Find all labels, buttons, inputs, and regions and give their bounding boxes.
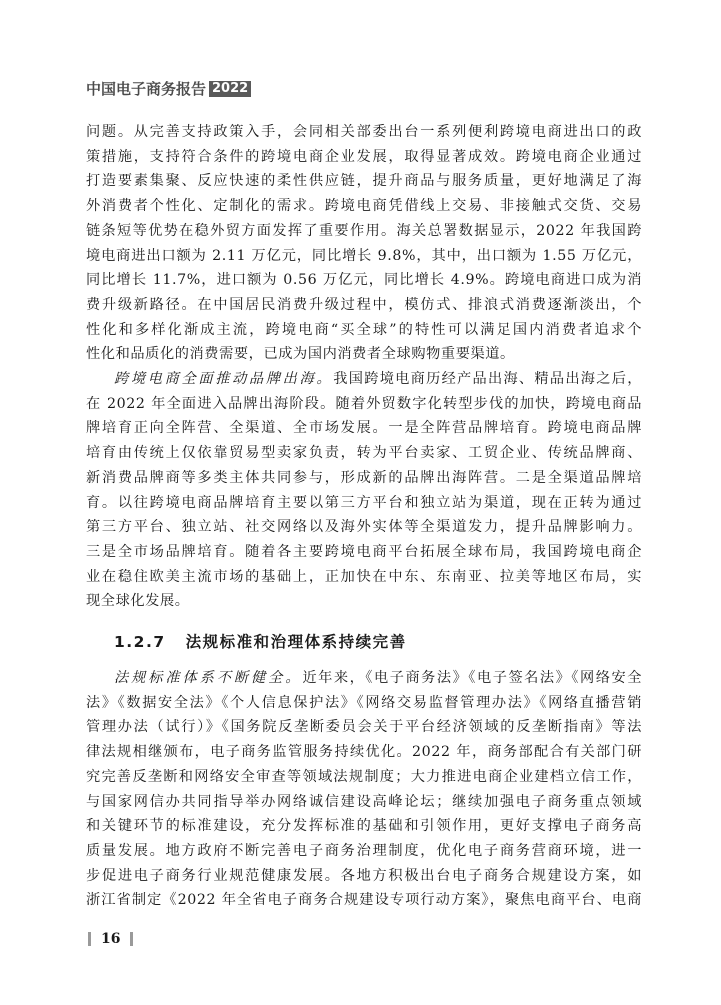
text-line: 问题。从完善支持政策入手，会同相关部委出台一系列便利跨境电商进出口的政 (86, 120, 642, 145)
text-line-first: 跨境电商全面推动品牌出海。我国跨境电商历经产品出海、精品出海之后， (86, 367, 642, 392)
text-line: 现全球化发展。 (86, 589, 642, 614)
text-line: 链条短等优势在稳外贸方面发挥了重要作用。海关总署数据显示，2022 年我国跨 (86, 219, 642, 244)
paragraph-lead: 跨境电商全面推动品牌出海。 (114, 371, 333, 387)
text-fragment: 我国跨境电商历经产品出海、精品出海之后， (333, 371, 642, 387)
paragraph-lead: 法规标准体系不断健全。 (114, 670, 302, 686)
text-line: 业在稳住欧美主流市场的基础上，正加快在中东、东南亚、拉美等地区布局，实 (86, 565, 642, 590)
running-header: 中国电子商务报告 2022 (86, 78, 251, 99)
page-body: 问题。从完善支持政策入手，会同相关部委出台一系列便利跨境电商进出口的政 策措施，… (86, 120, 642, 913)
report-year-badge: 2022 (209, 81, 251, 97)
text-line: 究完善反垄断和网络安全审查等领域法规制度；大力推进电商企业建档立信工作， (86, 765, 642, 790)
text-line: 外消费者个性化、定制化的需求。跨境电商凭借线上交易、非接触式交货、交易 (86, 194, 642, 219)
text-line: 新消费品牌商等多类主体共同参与，形成新的品牌出海阵营。二是全渠道品牌培 (86, 466, 642, 491)
section-title: 法规标准和治理体系持续完善 (186, 633, 407, 651)
text-line: 步促进电子商务行业规范健康发展。各地方积极出台电子商务合规建设方案，如 (86, 864, 642, 889)
report-title: 中国电子商务报告 (86, 78, 206, 99)
text-line: 第三方平台、独立站、社交网络以及海外实体等全渠道发力，提升品牌影响力。 (86, 515, 642, 540)
text-line: 性化和多样化渐成主流，跨境电商“买全球”的特性可以满足国内消费者追求个 (86, 318, 642, 343)
text-fragment: 近年来，《电子商务法》《电子签名法》《网络安全 (302, 670, 642, 686)
text-line: 法》《数据安全法》《个人信息保护法》《网络交易监督管理办法》《网络直播营销 (86, 691, 642, 716)
section-number: 1.2.7 (114, 633, 166, 651)
paragraph-brand-going-global: 跨境电商全面推动品牌出海。我国跨境电商历经产品出海、精品出海之后， 在 2022… (86, 367, 642, 614)
text-line: 培育由传统上仅依靠贸易型卖家负责，转为平台卖家、工贸企业、传统品牌商、 (86, 441, 642, 466)
text-line: 质量发展。地方政府不断完善电子商务治理制度，优化电子商务营商环境，进一 (86, 839, 642, 864)
footer-bar-left (88, 932, 91, 946)
text-line: 策措施，支持符合条件的跨境电商企业发展，取得显著成效。跨境电商企业通过 (86, 145, 642, 170)
text-line: 费升级新路径。在中国居民消费升级过程中，模仿式、排浪式消费逐渐淡出，个 (86, 293, 642, 318)
text-line: 在 2022 年全面进入品牌出海阶段。随着外贸数字化转型步伐的加快，跨境电商品 (86, 392, 642, 417)
paragraph-cross-border-policy: 问题。从完善支持政策入手，会同相关部委出台一系列便利跨境电商进出口的政 策措施，… (86, 120, 642, 367)
text-line: 性化和品质化的消费需要，已成为国内消费者全球购物重要渠道。 (86, 342, 642, 367)
text-line: 管理办法（试行）》《国务院反垄断委员会关于平台经济领域的反垄断指南》等法 (86, 715, 642, 740)
footer-bar-right (130, 932, 133, 946)
page-footer: 16 (88, 931, 133, 947)
text-line: 境电商进出口额为 2.11 万亿元，同比增长 9.8%，其中，出口额为 1.55… (86, 244, 642, 269)
section-heading: 1.2.7法规标准和治理体系持续完善 (114, 630, 642, 652)
text-line: 浙江省制定《2022 年全省电子商务合规建设专项行动方案》，聚焦电商平台、电商 (86, 888, 642, 913)
text-line: 与国家网信办共同指导举办网络诚信建设高峰论坛；继续加强电子商务重点领域 (86, 790, 642, 815)
text-line: 牌培育正向全阵营、全渠道、全市场发展。一是全阵营品牌培育。跨境电商品牌 (86, 416, 642, 441)
text-line: 和关键环节的标准建设，充分发挥标准的基础和引领作用，更好支撑电子商务高 (86, 814, 642, 839)
page-number: 16 (101, 931, 120, 947)
text-line: 育。以往跨境电商品牌培育主要以第三方平台和独立站为渠道，现在正转为通过 (86, 491, 642, 516)
text-line-first: 法规标准体系不断健全。近年来，《电子商务法》《电子签名法》《网络安全 (86, 666, 642, 691)
paragraph-regulation: 法规标准体系不断健全。近年来，《电子商务法》《电子签名法》《网络安全 法》《数据… (86, 666, 642, 913)
text-line: 三是全市场品牌培育。随着各主要跨境电商平台拓展全球布局，我国跨境电商企 (86, 540, 642, 565)
text-line: 同比增长 11.7%，进口额为 0.56 万亿元，同比增长 4.9%。跨境电商进… (86, 268, 642, 293)
text-line: 律法规相继颁布，电子商务监管服务持续优化。2022 年，商务部配合有关部门研 (86, 740, 642, 765)
text-line: 打造要素集聚、反应快速的柔性供应链，提升商品与服务质量，更好地满足了海 (86, 169, 642, 194)
